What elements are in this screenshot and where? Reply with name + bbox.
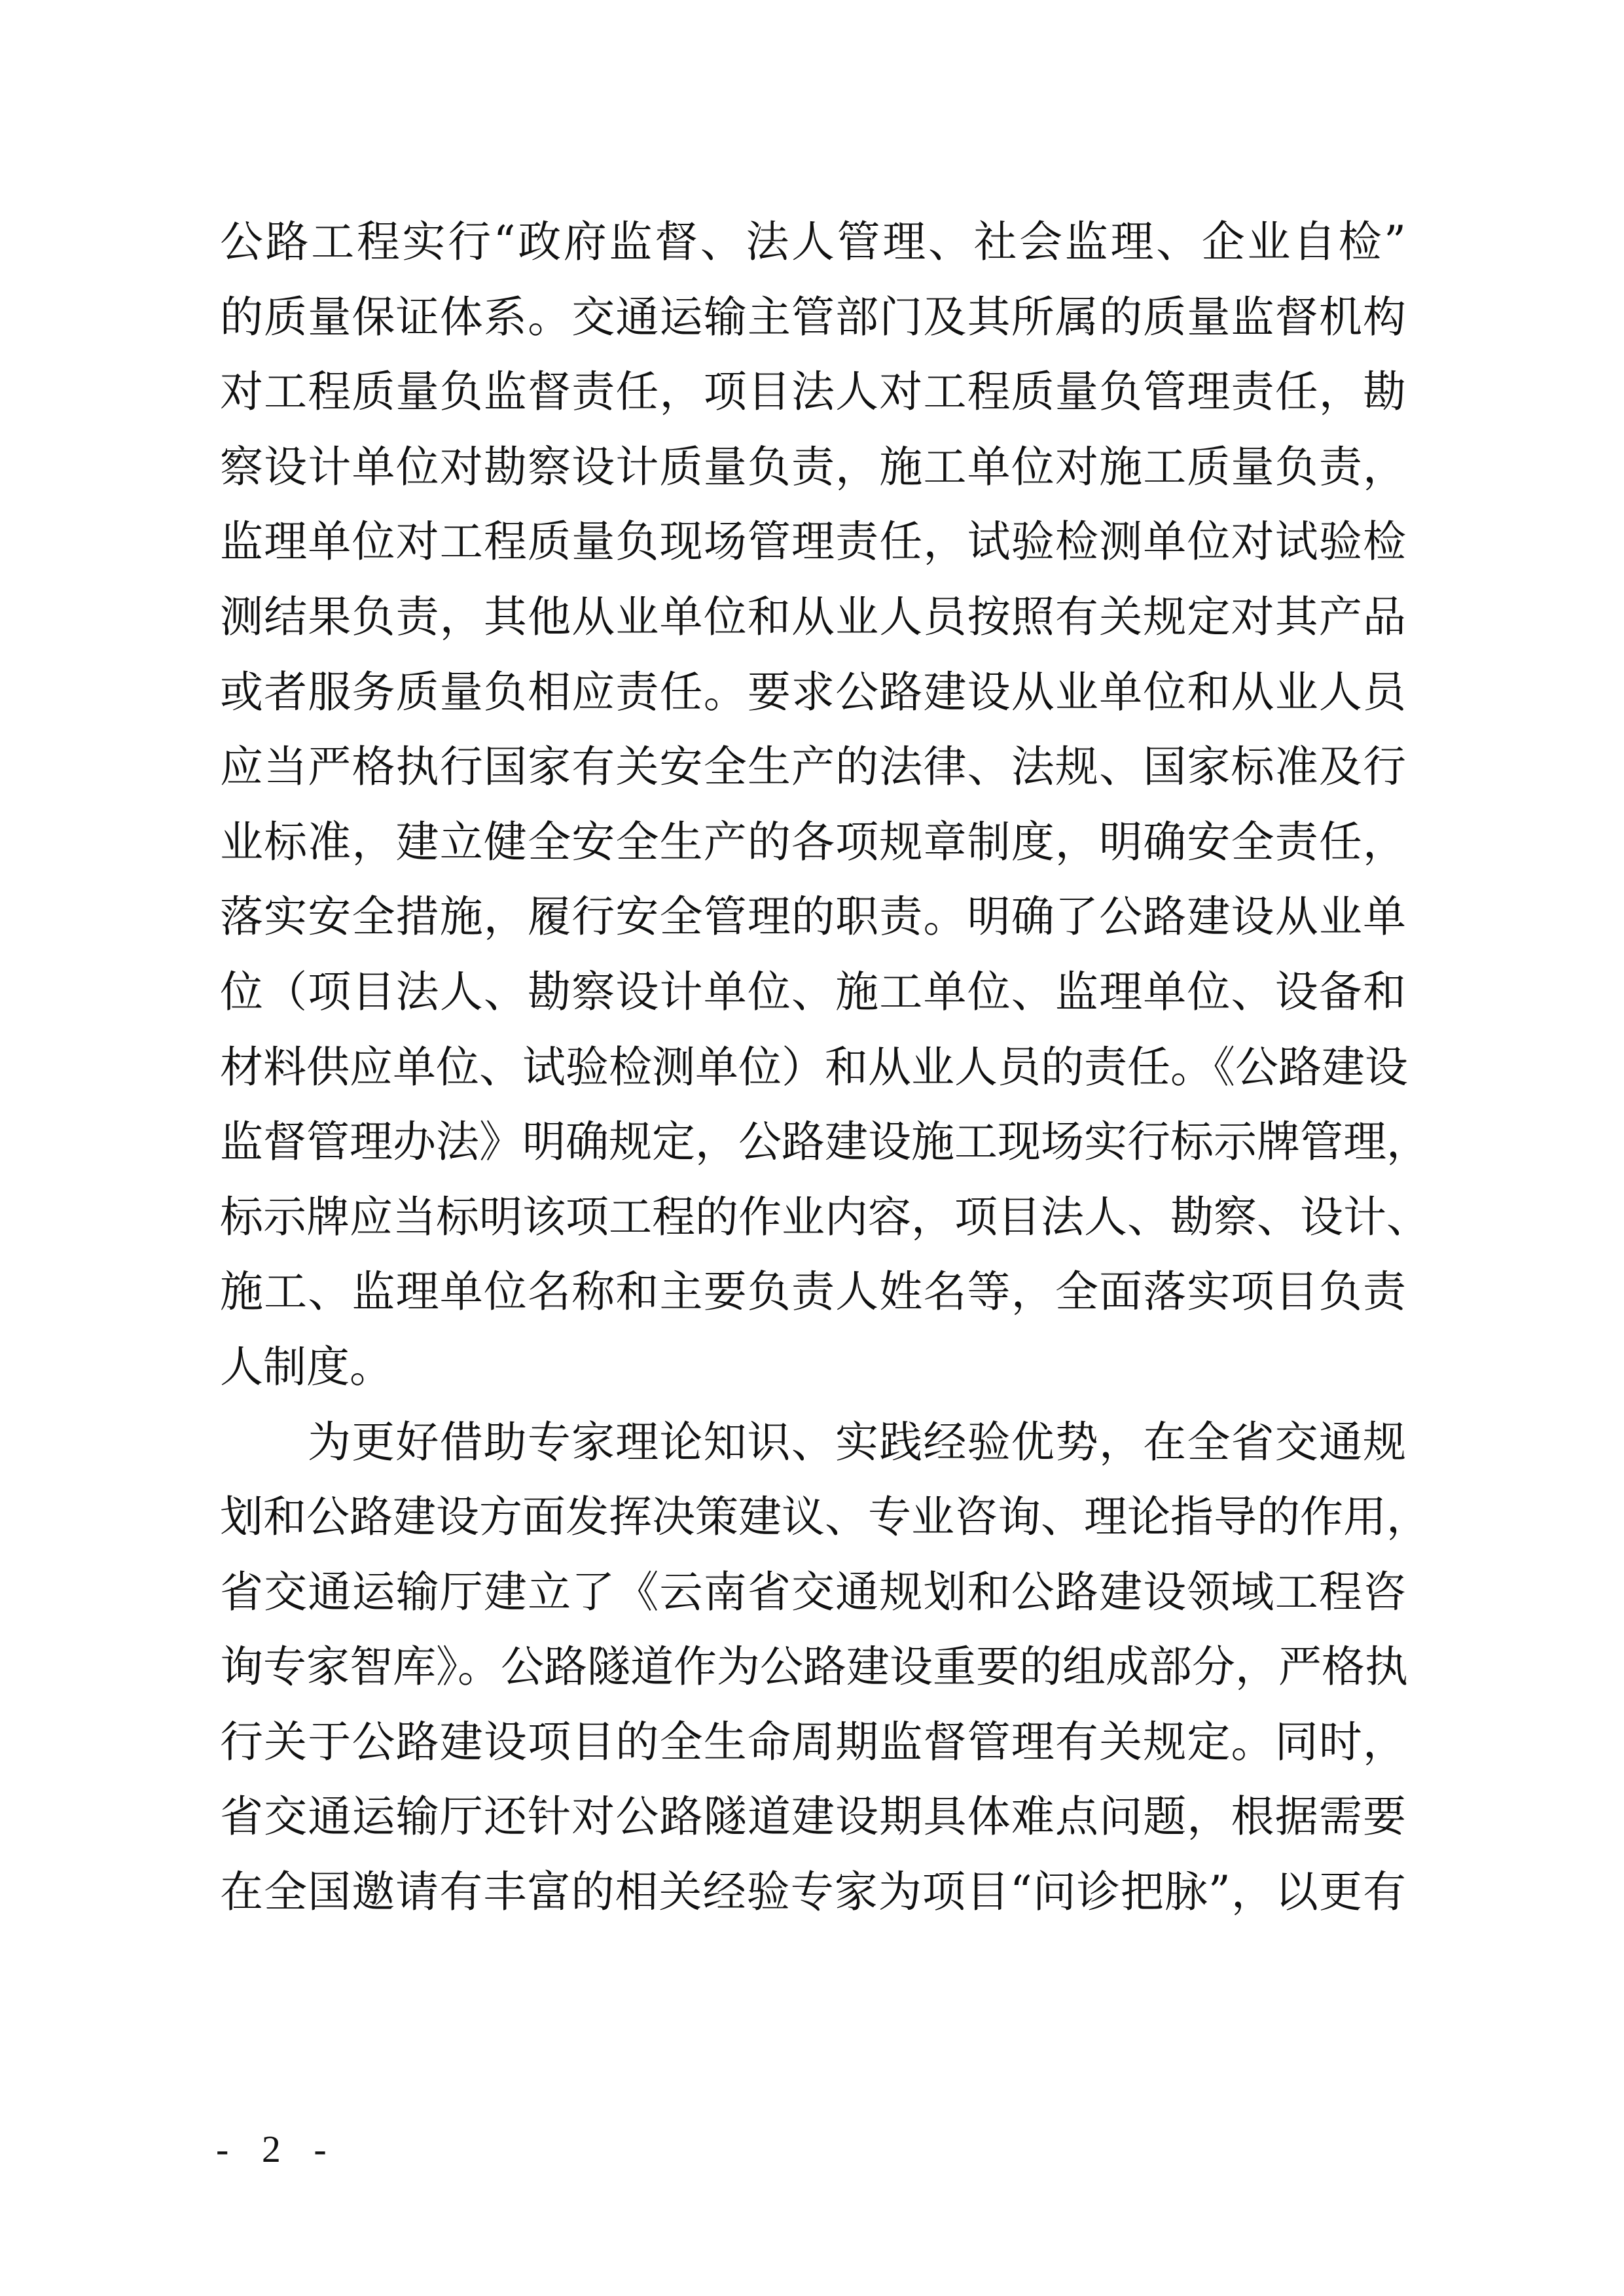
- text-line: 公路工程实行“政府监督、法人管理、社会监理、企业自检”: [220, 220, 1406, 295]
- document-page: 公路工程实行“政府监督、法人管理、社会监理、企业自检”的质量保证体系。交通运输主…: [0, 0, 1624, 2296]
- text-line: 人制度。: [220, 1345, 1406, 1420]
- text-line: 落实安全措施，履行安全管理的职责。明确了公路建设从业单: [220, 895, 1406, 970]
- text-line: 省交通运输厅建立了《云南省交通规划和公路建设领域工程咨: [220, 1570, 1406, 1645]
- paragraph: 公路工程实行“政府监督、法人管理、社会监理、企业自检”的质量保证体系。交通运输主…: [220, 220, 1406, 1420]
- body-text: 公路工程实行“政府监督、法人管理、社会监理、企业自检”的质量保证体系。交通运输主…: [220, 220, 1406, 1945]
- text-line: 业标准，建立健全安全生产的各项规章制度，明确安全责任，: [220, 820, 1406, 895]
- text-line: 监理单位对工程质量负现场管理责任，试验检测单位对试验检: [220, 520, 1406, 595]
- text-line: 为更好借助专家理论知识、实践经验优势，在全省交通规: [220, 1420, 1406, 1496]
- text-line: 或者服务质量负相应责任。要求公路建设从业单位和从业人员: [220, 670, 1406, 745]
- text-line: 行关于公路建设项目的全生命周期监督管理有关规定。同时，: [220, 1720, 1406, 1795]
- text-line: 应当严格执行国家有关安全生产的法律、法规、国家标准及行: [220, 745, 1406, 820]
- text-line: 的质量保证体系。交通运输主管部门及其所属的质量监督机构: [220, 295, 1406, 370]
- text-line: 对工程质量负监督责任，项目法人对工程质量负管理责任，勘: [220, 370, 1406, 445]
- text-line: 询专家智库》。公路隧道作为公路建设重要的组成部分，严格执: [220, 1645, 1406, 1720]
- text-line: 测结果负责，其他从业单位和从业人员按照有关规定对其产品: [220, 595, 1406, 670]
- text-line: 标示牌应当标明该项工程的作业内容，项目法人、勘察、设计、: [220, 1195, 1406, 1270]
- text-line: 施工、监理单位名称和主要负责人姓名等，全面落实项目负责: [220, 1270, 1406, 1345]
- text-line: 划和公路建设方面发挥决策建议、专业咨询、理论指导的作用，: [220, 1495, 1406, 1570]
- text-line: 材料供应单位、试验检测单位）和从业人员的责任。《公路建设: [220, 1045, 1406, 1121]
- text-line: 位（项目法人、勘察设计单位、施工单位、监理单位、设备和: [220, 970, 1406, 1045]
- page-number: - 2 -: [216, 2127, 338, 2171]
- text-line: 省交通运输厅还针对公路隧道建设期具体难点问题，根据需要: [220, 1795, 1406, 1870]
- text-line: 监督管理办法》明确规定，公路建设施工现场实行标示牌管理，: [220, 1120, 1406, 1195]
- text-line: 察设计单位对勘察设计质量负责，施工单位对施工质量负责，: [220, 445, 1406, 520]
- text-line: 在全国邀请有丰富的相关经验专家为项目“问诊把脉”，以更有: [220, 1870, 1406, 1945]
- paragraph: 为更好借助专家理论知识、实践经验优势，在全省交通规划和公路建设方面发挥决策建议、…: [220, 1420, 1406, 1945]
